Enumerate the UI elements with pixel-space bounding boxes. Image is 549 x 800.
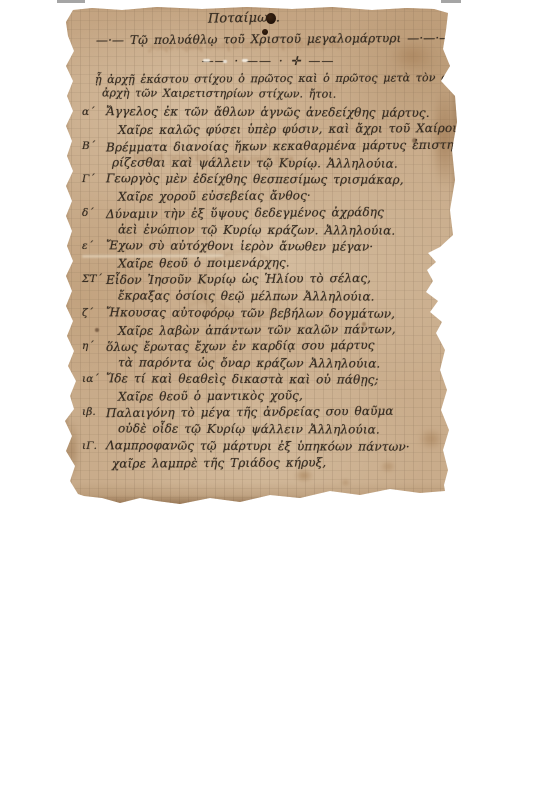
ink-blot xyxy=(266,13,276,24)
stanza-number: ια´ xyxy=(82,373,104,385)
stanza-number: ε´ xyxy=(82,240,104,252)
scanned-manuscript-page: μεγαλη αγια του αγιου μαρτυρος και του ο… xyxy=(0,0,549,800)
stanza-line: τὰ παρόντα ὡς ὄναρ κράζων Ἀλληλούια. xyxy=(118,355,380,370)
stanza-line: ὅλως ἔρωτας ἔχων ἐν καρδίᾳ σου μάρτυς xyxy=(106,338,375,354)
page-title: Ποταίμων. xyxy=(184,10,304,27)
scanner-edge-artifact-left xyxy=(57,0,85,3)
stanza-line: Ἤκουσας αὐτοφόρῳ τῶν βεβήλων δογμάτων, xyxy=(106,305,395,321)
stanza-line: Γεωργὸς μὲν ἐδείχθης θεσπεσίμως τρισμάκα… xyxy=(106,171,404,187)
paper-damage-speck xyxy=(242,59,248,62)
stanza: ζ´ Ἤκουσας αὐτοφόρῳ τῶν βεβήλων δογμάτων… xyxy=(62,306,460,342)
dedication-line: —·— Τῷ πολυάθλῳ τοῦ Χριστοῦ μεγαλομάρτυρ… xyxy=(96,31,451,47)
stanza-number: ζ´ xyxy=(82,307,104,319)
stanza-line: ρίζεσθαι καὶ ψάλλειν τῷ Κυρίῳ. Ἀλληλούια… xyxy=(112,155,398,170)
stanza: η΄ ὅλως ἔρωτας ἔχων ἐν καρδίᾳ σου μάρτυς… xyxy=(62,339,460,375)
stanza-number: α´ xyxy=(82,106,104,118)
stanza: ε´ Ἔχων σὺ αὐτόχθονι ἱερὸν ἄνωθεν μέγαν·… xyxy=(62,239,460,275)
stanza-line: Χαῖρε καλῶς φύσει ὑπὲρ φύσιν, καὶ ἄχρι τ… xyxy=(118,121,464,137)
stanza-line: Παλαιγόνη τὸ μέγα τῆς ἀνδρείας σου θαῦμα xyxy=(106,404,394,420)
stanza-line: Λαμπροφανῶς τῷ μάρτυρι ἐξ ὑπηκόων πάντων… xyxy=(106,438,410,454)
stanza-line: Χαῖρε θεοῦ ὁ ποιμενάρχης. xyxy=(118,255,290,270)
stanza-line: Χαῖρε λαβὼν ἁπάντων τῶν καλῶν πάντων, xyxy=(118,322,396,338)
ink-blot xyxy=(262,29,268,35)
stanza: ιβ. Παλαιγόνη τὸ μέγα τῆς ἀνδρείας σου θ… xyxy=(62,405,460,441)
stanza-number: ιΓ. xyxy=(82,440,104,452)
stanza-number: Γ´ xyxy=(82,173,104,185)
stanza-line: οὐδὲ οἶδε τῷ Κυρίῳ ψάλλειν Ἀλληλούια. xyxy=(118,421,380,436)
stanza-number: δ´ xyxy=(82,207,104,219)
stanza: δ´ Δύναμιν τὴν ἐξ ὕψους δεδεγμένος ἀχράδ… xyxy=(62,206,460,242)
stanza-line: Ἴδε τί καὶ θεαθεὶς δικαστὰ καὶ οὐ πάθῃς; xyxy=(106,371,379,386)
stanza-number: η΄ xyxy=(82,340,104,352)
intro-line: ἀρχὴ τῶν Χαιρετιστηρίων στίχων. ἤτοι. xyxy=(102,86,336,100)
stanza-number: ιβ. xyxy=(82,406,104,418)
stanza: ια´ Ἴδε τί καὶ θεαθεὶς δικαστὰ καὶ οὐ πά… xyxy=(62,372,460,408)
stanza: ιΓ. Λαμπροφανῶς τῷ μάρτυρι ἐξ ὑπηκόων πά… xyxy=(62,439,460,475)
scanner-edge-artifact-right xyxy=(441,0,461,3)
handwritten-text: Ποταίμων. —·— Τῷ πολυάθλῳ τοῦ Χριστοῦ με… xyxy=(62,4,460,507)
stanza-line: Ἄγγελος ἐκ τῶν ἄθλων ἁγνῶς ἀνεδείχθης μά… xyxy=(106,104,430,120)
stanza: α´ Ἄγγελος ἐκ τῶν ἄθλων ἁγνῶς ἀνεδείχθης… xyxy=(62,105,460,141)
stanza-line: ἔκραξας ὁσίοις θεῷ μέλπων Ἀλληλούια. xyxy=(118,288,375,303)
paper-damage-speck xyxy=(203,59,210,62)
stanza: ΣΤ´ Εἶδον Ἰησοῦν Κυρίῳ ὡς Ἡλίου τὸ σέλας… xyxy=(62,272,460,308)
stanza-line: ἀεὶ ἐνώπιον τῷ Κυρίῳ κράζων. Ἀλληλούια. xyxy=(118,222,395,237)
stanza-line: Ἔχων σὺ αὐτόχθονι ἱερὸν ἄνωθεν μέγαν· xyxy=(106,238,373,253)
stanza: Γ´ Γεωργὸς μὲν ἐδείχθης θεσπεσίμως τρισμ… xyxy=(62,172,460,208)
paper-damage-speck xyxy=(223,60,227,63)
stanza-line: Δύναμιν τὴν ἐξ ὕψους δεδεγμένος ἀχράδης xyxy=(106,205,384,221)
stanza-number: ΣΤ´ xyxy=(82,273,104,285)
stanza: Β´ Βρέμματα διανοίας ἥκων κεκαθαρμένα μά… xyxy=(62,139,460,175)
stanza-number: Β´ xyxy=(82,140,104,152)
stanza-line: Εἶδον Ἰησοῦν Κυρίῳ ὡς Ἡλίου τὸ σέλας, xyxy=(106,271,371,287)
stanza-line: Χαῖρε χοροῦ εὐσεβείας ἄνθος· xyxy=(118,188,311,203)
manuscript-paper: μεγαλη αγια του αγιου μαρτυρος και του ο… xyxy=(62,4,460,507)
intro-line: ᾗ ἀρχῇ ἑκάστου στίχου ὁ πρῶτος καὶ ὁ πρῶ… xyxy=(95,71,480,86)
stanza-line: Χαῖρε θεοῦ ὁ μαντικὸς χοῦς, xyxy=(118,388,303,403)
stanza-line: Βρέμματα διανοίας ἥκων κεκαθαρμένα μάρτυ… xyxy=(106,138,458,155)
stanza-line: χαῖρε λαμπρὲ τῆς Τριάδος κήρυξ, xyxy=(112,455,326,470)
